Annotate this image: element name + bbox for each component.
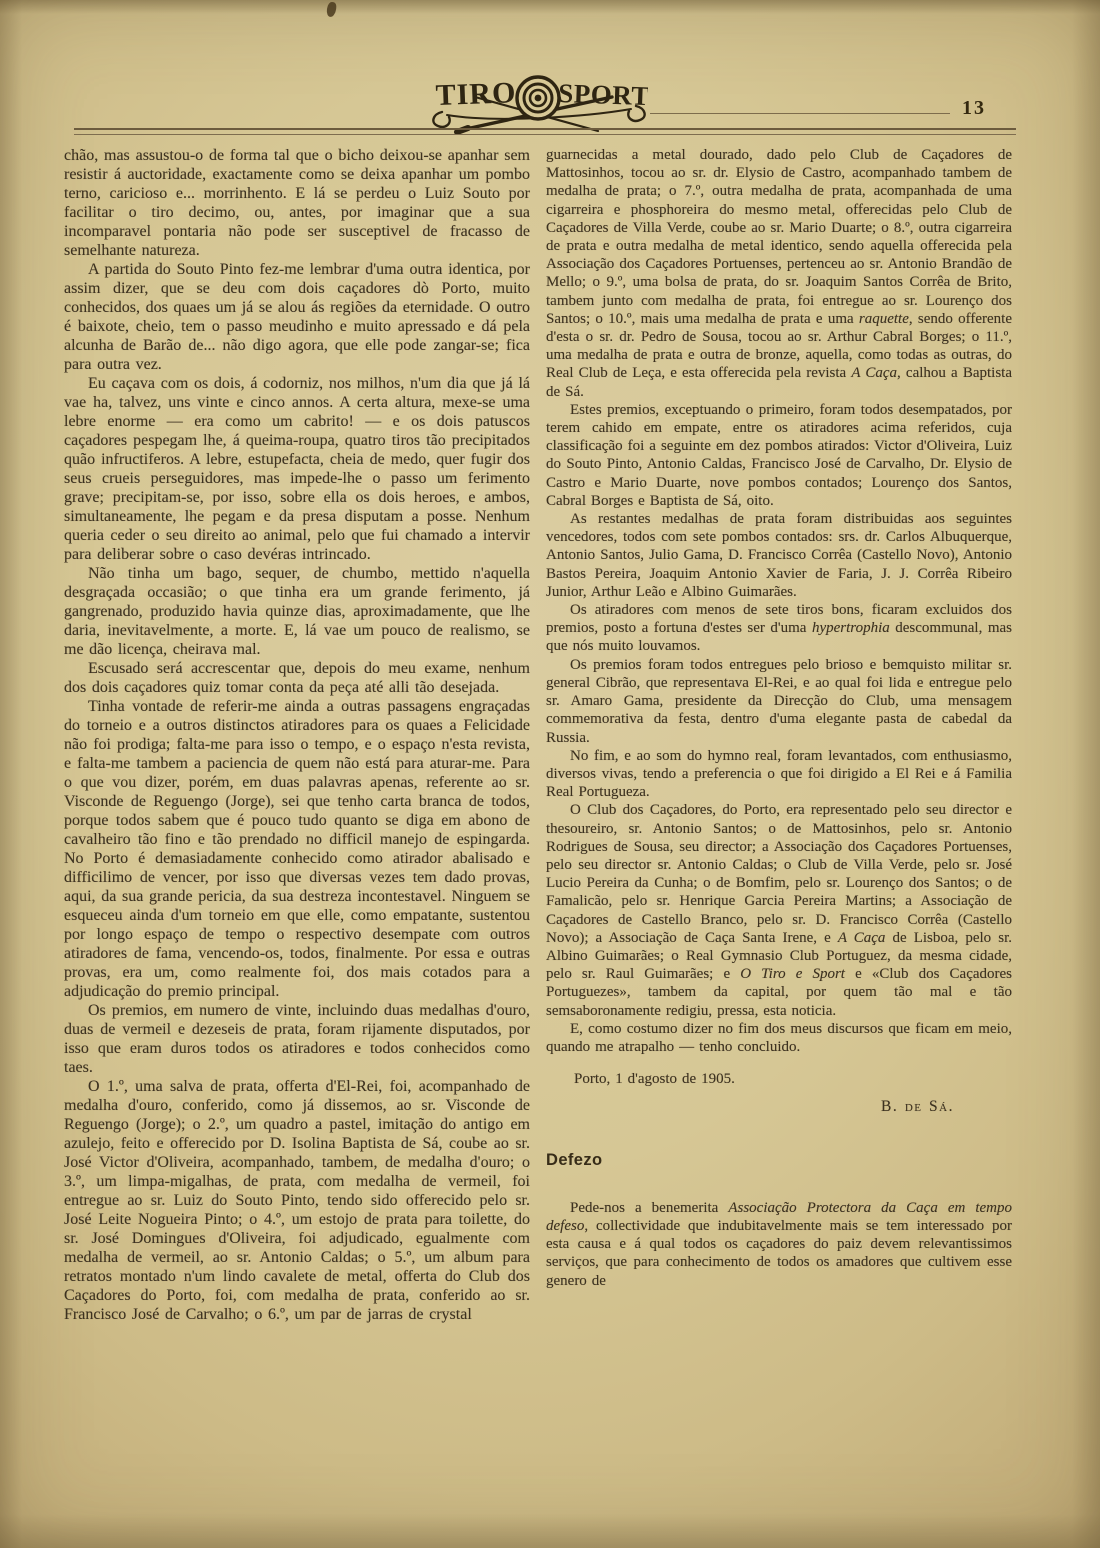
header-double-rule xyxy=(74,128,1016,135)
paragraph: E, como costumo dizer no fim dos meus di… xyxy=(546,1020,1012,1056)
dateline: Porto, 1 d'agosto de 1905. xyxy=(546,1070,1012,1088)
paragraph: Os atiradores com menos de sete tiros bo… xyxy=(546,601,1012,656)
paragraph: No fim, e ao som do hymno real, foram le… xyxy=(546,747,1012,802)
paragraph: Não tinha um bago, sequer, de chumbo, me… xyxy=(64,564,530,659)
paragraph: A partida do Souto Pinto fez-me lembrar … xyxy=(64,260,530,374)
masthead-word-tiro: TIRO xyxy=(435,76,517,112)
paragraph: Eu caçava com os dois, á codorniz, nos m… xyxy=(64,374,530,564)
author-signature: B. de Sá. xyxy=(546,1098,954,1116)
paragraph: Os premios, em numero de vinte, incluind… xyxy=(64,1001,530,1077)
paragraph: O 1.º, uma salva de prata, offerta d'El-… xyxy=(64,1077,530,1324)
paragraph: As restantes medalhas de prata foram dis… xyxy=(546,510,1012,601)
paragraph: Estes premios, exceptuando o primeiro, f… xyxy=(546,401,1012,510)
left-column: chão, mas assustou-o de forma tal que o … xyxy=(64,146,530,1324)
masthead-word-sport: SPORT xyxy=(558,78,648,111)
section-body: Pede-nos a benemerita Associação Protect… xyxy=(546,1199,1012,1290)
target-icon xyxy=(517,77,559,119)
section-heading: Defezo xyxy=(546,1151,1012,1169)
right-column: guarnecidas a metal dourado, dado pelo C… xyxy=(546,146,1012,1290)
paragraph: chão, mas assustou-o de forma tal que o … xyxy=(64,146,530,260)
paragraph: guarnecidas a metal dourado, dado pelo C… xyxy=(546,146,1012,401)
paragraph: Escusado será accrescentar que, depois d… xyxy=(64,659,530,697)
paragraph: Os premios foram todos entregues pelo br… xyxy=(546,656,1012,747)
scanned-page: TIRO SPORT 13 chão, mas assustou-o de fo… xyxy=(0,0,1100,1548)
paragraph: Tinha vontade de referir-me ainda a outr… xyxy=(64,697,530,1001)
ink-blot xyxy=(326,1,337,17)
tiro-e-sport-emblem: TIRO SPORT xyxy=(430,64,648,138)
right-column-body: guarnecidas a metal dourado, dado pelo C… xyxy=(546,146,1012,1056)
paragraph: O Club dos Caçadores, do Porto, era repr… xyxy=(546,801,1012,1019)
page-number: 13 xyxy=(948,97,1000,120)
header-rule xyxy=(650,113,950,114)
masthead-logo: TIRO SPORT xyxy=(430,64,648,138)
paragraph: Pede-nos a benemerita Associação Protect… xyxy=(546,1199,1012,1290)
